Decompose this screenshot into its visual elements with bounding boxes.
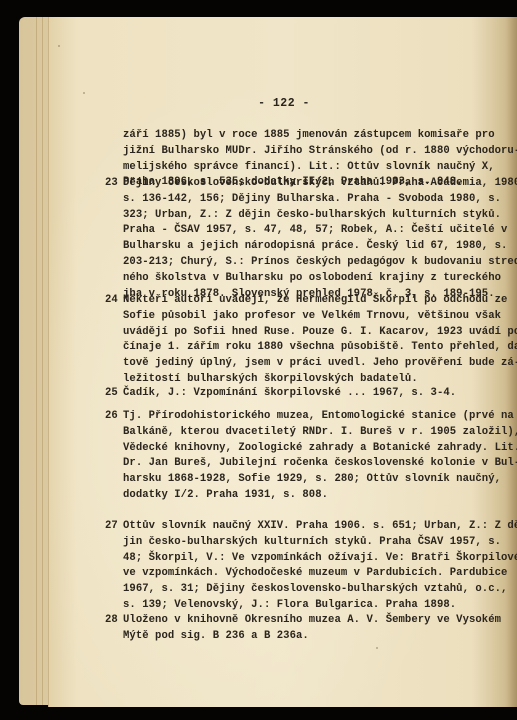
footnote-line: s. 139; Velenovský, J.: Flora Bulgarica.… xyxy=(123,599,456,611)
footnote-line: Sofie působil jako profesor ve Velkém Tr… xyxy=(123,310,501,322)
footnote-line: harsku 1868-1928, Sofie 1929, s. 280; Ot… xyxy=(123,473,501,485)
footnote-line: Mýtě pod sig. B 236 a B 236a. xyxy=(123,630,309,642)
footnote-line: ležitostí bulharských škorpilovských bad… xyxy=(123,373,418,385)
footnote-line: 48; Škorpil, V.: Ve vzpomínkách ožívají.… xyxy=(123,552,517,564)
footnote-line: ve vzpomínkách. Východočeské muzeum v Pa… xyxy=(123,567,507,579)
footnote-line: 323; Urban, Z.: Z dějin česko-bulharskýc… xyxy=(123,209,501,221)
footnote-line: Ottův slovník naučný XXIV. Praha 1906. s… xyxy=(123,520,517,532)
footnote-line: čínaje 1. zářím roku 1880 všechna působi… xyxy=(123,341,517,353)
footnote-line: ného školstva v Bulharsku po oslobodení … xyxy=(123,272,501,284)
footnote-line: dodatky I/2. Praha 1931, s. 808. xyxy=(123,489,328,501)
footnote-line: 203-213; Churý, S.: Prínos českých pedag… xyxy=(123,256,517,268)
footnote-line: 1967, s. 31; Dějiny československo-bulha… xyxy=(123,583,507,595)
footnote-line: Uloženo v knihovně Okresního muzea A. V.… xyxy=(123,614,501,626)
footnote-line: Tj. Přírodohistorického muzea, Entomolog… xyxy=(123,410,514,422)
page-edge xyxy=(42,17,43,705)
footnote-line: uvádějí po Sofii hned Ruse. Pouze G. I. … xyxy=(123,326,517,338)
footnote-line: Praha - ČSAV 1957, s. 47, 48, 57; Robek,… xyxy=(123,224,507,236)
footnote-line: Vědecké knihovny, Zoologické zahrady a B… xyxy=(123,442,517,454)
paper-speck xyxy=(58,45,60,47)
paper-speck xyxy=(83,92,85,94)
continuation-line: melijského správce financí). Lit.: Ottův… xyxy=(123,161,495,173)
footnote-line: Čadík, J.: Vzpomínání škorpilovské ... 1… xyxy=(123,387,456,399)
footnote-line: Dějiny československo-bulharských vztahů… xyxy=(123,177,517,189)
footnote-number: 27 xyxy=(105,520,118,532)
page-number: - 122 - xyxy=(49,97,517,110)
footnote-number: 26 xyxy=(105,410,118,422)
footnote-line: Balkáně, kterou dvacetiletý RNDr. I. Bur… xyxy=(123,426,517,438)
footnote-number: 23 xyxy=(105,177,118,189)
footnote-line: Dr. Jan Bureš, Jubilejní ročenka českosl… xyxy=(123,457,517,469)
footnote-number: 24 xyxy=(105,294,118,306)
footnote-line: s. 136-142, 156; Dějiny Bulharska. Praha… xyxy=(123,193,501,205)
page-edge xyxy=(36,17,37,705)
footnote-line: tově jediný úplný, jsem v práci uvedl. J… xyxy=(123,357,517,369)
footnote-line: Někteří autoři uvádějí, že Hermenegild Š… xyxy=(123,294,507,306)
footnote-line: Bulharsku a jejich národopisná práce. Če… xyxy=(123,240,507,252)
footnote-number: 28 xyxy=(105,614,118,626)
paper-speck xyxy=(376,647,378,649)
footnote-line: jin česko-bulharských kulturních styků. … xyxy=(123,536,501,548)
footnote-number: 25 xyxy=(105,387,118,399)
continuation-line: září 1885) byl v roce 1885 jmenován zást… xyxy=(123,129,495,141)
continuation-line: jižní Bulharsko MUDr. Jiřího Stránského … xyxy=(123,145,517,157)
